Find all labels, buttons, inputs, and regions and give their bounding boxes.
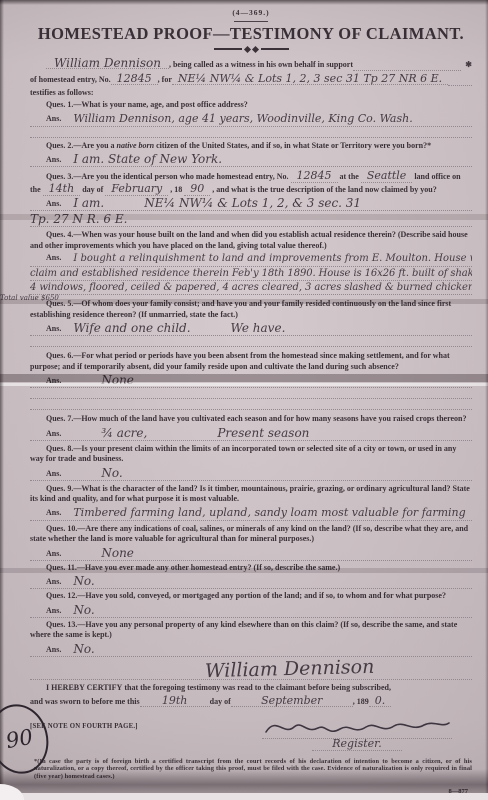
register-signature-block: Register.: [252, 714, 462, 751]
intro-text: , for: [158, 75, 172, 86]
entry-number-field: 12845: [291, 169, 338, 183]
dotted-rule: [353, 58, 461, 71]
answer-text: William Dennison, age 41 years, Woodinvi…: [73, 113, 412, 125]
answer-line: Ans. ¾ acre, Present season: [30, 426, 472, 441]
certify-text: I HEREBY CERTIFY that the foregoing test…: [30, 683, 472, 694]
ans-label: Ans.: [30, 508, 61, 519]
answer-text: Tp. 27 N R. 6 E.: [30, 213, 127, 225]
ans-label: Ans.: [30, 324, 61, 335]
question-text: Ques. 1.—What is your name, age, and pos…: [30, 100, 472, 111]
answer-line: Ans. None: [30, 373, 472, 388]
answer-text: I am. State of New York.: [73, 153, 222, 165]
answer-line: Ans. I am. NE¼ NW¼ & Lots 1, 2, & 3 sec.…: [30, 196, 472, 211]
register-row: [SEE NOTE ON FOURTH PAGE.] Register.: [30, 714, 472, 751]
answer-line: Ans. Timbered farming land, upland, sand…: [30, 506, 472, 521]
answer-line: Ans. I am. State of New York.: [30, 152, 472, 167]
question-text: Ques. 9.—What is the character of the la…: [30, 484, 472, 505]
dotted-rule: [448, 73, 472, 86]
dotted-rule: [30, 399, 472, 410]
sworn-day-field: 19th: [140, 695, 210, 707]
question-text: Ques. 3.—Are you the identical person wh…: [30, 170, 472, 195]
question-text: Ques. 11.—Have you ever made any other h…: [30, 563, 472, 574]
answer-text: NE¼ NW¼ & Lots 1, 2, & 3 sec. 31: [144, 197, 361, 209]
answer-line: Ans. I bought a relinquishment to land a…: [30, 252, 472, 267]
answer-text: I bought a relinquishment to land and im…: [73, 253, 472, 265]
question-1: Ques. 1.—What is your name, age, and pos…: [30, 100, 472, 138]
intro-text: , being called as a witness in his own b…: [169, 60, 353, 71]
day-field: 14th: [43, 182, 81, 196]
dotted-rule: [30, 336, 472, 347]
land-description-field: NE¼ NW¼ & Lots 1, 2, 3 sec 31 Tp 27 NR 6…: [172, 73, 448, 85]
question-part: Ques. 3.—Are you the identical person wh…: [46, 172, 289, 181]
question-text: Ques. 12.—Have you sold, conveyed, or mo…: [30, 591, 472, 602]
intro-line-3: testifies as follows:: [30, 88, 472, 99]
ornament-diamond: [251, 45, 258, 52]
month-field: February: [105, 182, 168, 196]
ornament-line: [261, 48, 289, 50]
register-title: Register.: [312, 739, 401, 751]
intro-line-1: William Dennison , being called as a wit…: [30, 58, 472, 73]
question-5: Total value $650 Ques. 5.—Of whom does y…: [30, 299, 472, 347]
question-13: Ques. 13.—Have you any personal property…: [30, 620, 472, 657]
answer-text: No.: [101, 467, 122, 479]
ans-label: Ans.: [30, 645, 61, 656]
question-part: , and what is the true description of th…: [212, 185, 436, 194]
answer-line: Ans. None: [30, 546, 472, 561]
question-text: Ques. 10.—Are there any indications of c…: [30, 524, 472, 545]
question-10: Ques. 10.—Are there any indications of c…: [30, 524, 472, 561]
answer-text: None: [101, 547, 134, 559]
asterisk-mark: ✱: [465, 60, 472, 71]
question-part: day of: [82, 185, 103, 194]
answer-text: 4 windows, floored, ceiled & papered, 4 …: [30, 281, 472, 295]
form-number: (4—369.): [30, 8, 472, 19]
form-content: (4—369.) HOMESTEAD PROOF—TESTIMONY OF CL…: [0, 0, 488, 797]
question-text: Ques. 6.—For what period or periods have…: [30, 351, 472, 372]
ans-label: Ans.: [30, 549, 61, 560]
title-ornament: [30, 47, 472, 52]
page-title: HOMESTEAD PROOF—TESTIMONY OF CLAIMANT.: [30, 24, 472, 43]
question-part: at the: [340, 172, 359, 181]
ans-label: Ans.: [30, 253, 61, 264]
question-text: Ques. 7.—How much of the land have you c…: [30, 414, 472, 425]
intro-line-2: of homestead entry, No. 12845 , for NE¼ …: [30, 73, 472, 88]
question-7: Ques. 7.—How much of the land have you c…: [30, 414, 472, 441]
dotted-rule: [30, 388, 472, 399]
question-4: Ques. 4.—When was your house built on th…: [30, 230, 472, 295]
entry-number-field: 12845: [111, 73, 158, 85]
divider: [234, 21, 268, 22]
sworn-year-field: 0.: [369, 695, 392, 707]
question-text: Ques. 13.—Have you any personal property…: [30, 620, 472, 641]
answer-line: Ans. No.: [30, 642, 472, 657]
certify-part: that the foregoing testimony was read to…: [122, 683, 391, 692]
sworn-month-field: September: [231, 695, 353, 707]
claimant-signature: William Dennison: [205, 656, 375, 680]
answer-text: Wife and one child.: [73, 322, 190, 334]
answer-line: Ans. William Dennison, age 41 years, Woo…: [30, 112, 472, 127]
ans-label: Ans.: [30, 429, 61, 440]
question-part: Ques. 2.—Are you a: [46, 141, 117, 150]
certify-part: day of: [210, 697, 231, 708]
ornament-diamond: [243, 45, 250, 52]
answer-text: Timbered farming land, upland, sandy loa…: [73, 507, 465, 519]
certify-part: and was sworn to before me this: [30, 697, 140, 708]
question-text: Ques. 8.—Is your present claim within th…: [30, 444, 472, 465]
intro-text: of homestead entry, No.: [30, 75, 111, 86]
ans-label: Ans.: [30, 199, 61, 210]
question-12: Ques. 12.—Have you sold, conveyed, or mo…: [30, 591, 472, 618]
claimant-name-field: William Dennison: [46, 58, 169, 70]
ans-label: Ans.: [30, 155, 61, 166]
register-signature-scrawl: [262, 714, 452, 739]
ans-label: Ans.: [30, 469, 61, 480]
ans-label: Ans.: [30, 114, 61, 125]
land-office-field: Seattle: [361, 169, 412, 183]
answer-text: Present season: [217, 427, 309, 439]
answer-line: Ans. Wife and one child. We have.: [30, 321, 472, 336]
answer-text: ¾ acre,: [101, 427, 147, 439]
question-part: , 18: [170, 185, 182, 194]
ans-label: Ans.: [30, 577, 61, 588]
answer-text: None: [101, 374, 134, 386]
answer-text: No.: [73, 604, 94, 616]
margin-note-total-value: Total value $650: [0, 294, 59, 302]
question-text: Ques. 4.—When was your house built on th…: [30, 230, 472, 251]
year-field: 90: [184, 182, 210, 196]
print-code: 8—877: [30, 787, 472, 798]
certify-part: , 189: [353, 697, 369, 708]
answer-line: Tp. 27 N R. 6 E.: [30, 212, 472, 227]
dotted-rule: [30, 127, 472, 138]
claimant-signature-line: William Dennison: [30, 659, 472, 680]
question-9: Ques. 9.—What is the character of the la…: [30, 484, 472, 521]
certification-section: I HEREBY CERTIFY that the foregoing test…: [30, 683, 472, 751]
question-6: Ques. 6.—For what period or periods have…: [30, 351, 472, 410]
answer-text: We have.: [231, 322, 286, 334]
answer-text: No.: [73, 575, 94, 587]
answer-text: claim and established residence therein …: [30, 267, 472, 281]
question-text: Ques. 2.—Are you a native born citizen o…: [30, 141, 472, 152]
answer-line: Ans. No.: [30, 603, 472, 618]
answer-text: No.: [73, 643, 94, 655]
certify-lead: I HEREBY CERTIFY: [46, 683, 122, 692]
question-text: Ques. 5.—Of whom does your family consis…: [30, 299, 472, 320]
ans-label: Ans.: [30, 376, 61, 387]
question-11: Ques. 11.—Have you ever made any other h…: [30, 563, 472, 590]
footnote: *(In case the party is of foreign birth …: [30, 758, 472, 781]
ornament-line: [214, 48, 242, 50]
question-2: Ques. 2.—Are you a native born citizen o…: [30, 141, 472, 168]
circled-annotation-text: 90: [4, 725, 34, 753]
certify-date-line: and was sworn to before me this 19th day…: [30, 695, 472, 710]
answer-line: Ans. No.: [30, 466, 472, 481]
question-3: Ques. 3.—Are you the identical person wh…: [30, 170, 472, 227]
ans-label: Ans.: [30, 606, 61, 617]
question-emphasis: native born: [117, 141, 155, 150]
answer-text: I am.: [73, 197, 104, 209]
scanned-document: (4—369.) HOMESTEAD PROOF—TESTIMONY OF CL…: [0, 0, 488, 800]
answer-line: Ans. No.: [30, 574, 472, 589]
question-8: Ques. 8.—Is your present claim within th…: [30, 444, 472, 481]
question-part: citizen of the United States, and if so,…: [154, 141, 431, 150]
